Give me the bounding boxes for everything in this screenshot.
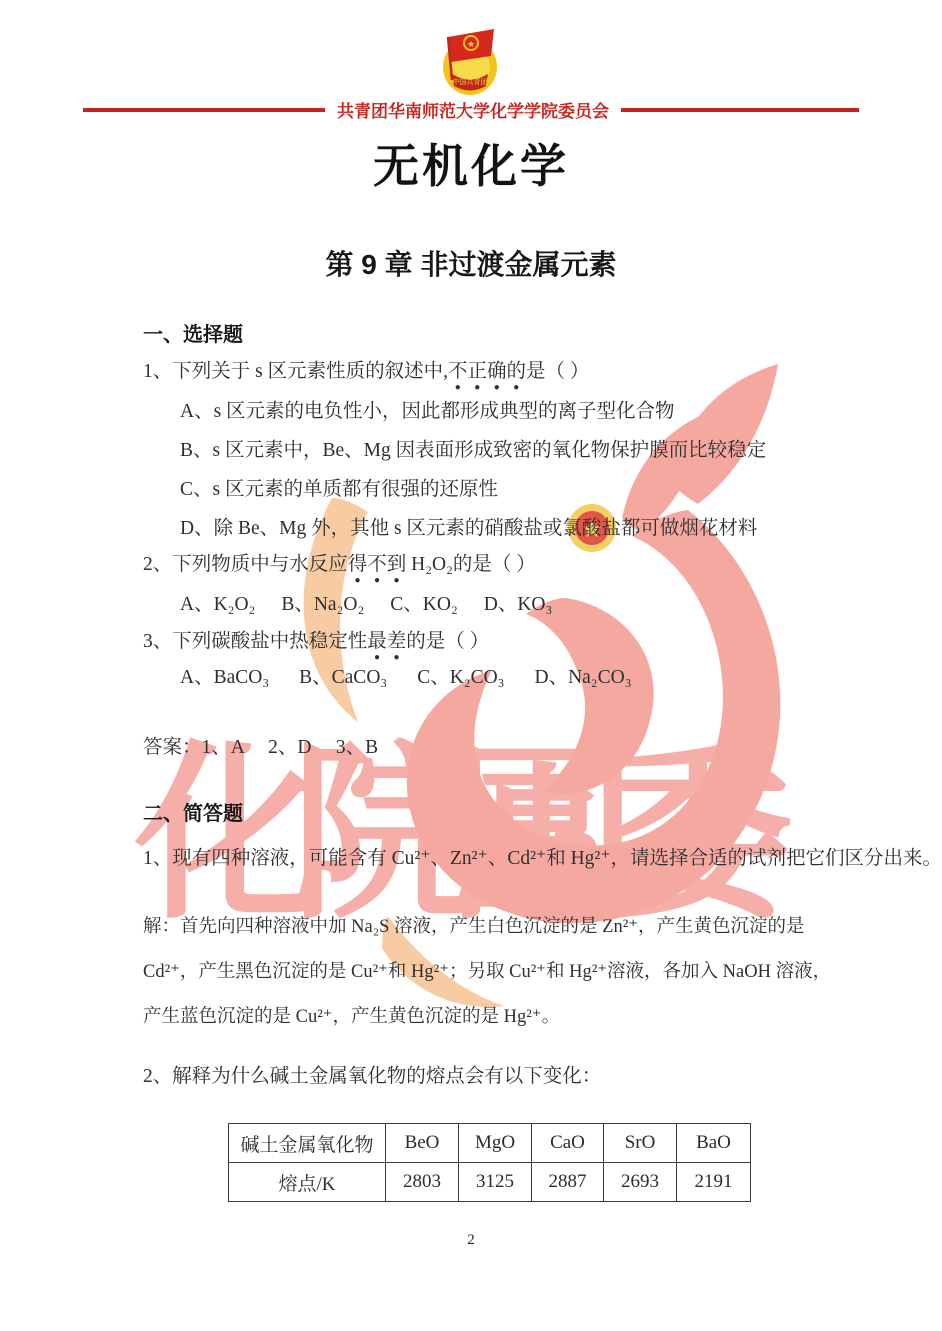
q1-option-b: B、s 区元素中，Be、Mg 因表面形成致密的氧化物保护膜而比较稳定 (180, 434, 766, 462)
q2-option-a: A、K₂O₂ (180, 594, 255, 615)
question-3: 3、下列碳酸盐中热稳定性最差的是（ ） (143, 625, 489, 663)
table-cell: 3125 (459, 1163, 532, 1202)
short-question-1: 1、现有四种溶液，可能含有 Cu²⁺、Zn²⁺、Cd²⁺和 Hg²⁺，请选择合适… (143, 842, 942, 870)
table-cell: CaO (532, 1124, 604, 1163)
table-cell: SrO (604, 1124, 677, 1163)
q3-options-row: A、BaCO₃B、CaCO₃C、K₂CO₃D、Na₂CO₃ (180, 661, 662, 689)
table-cell: 2887 (532, 1163, 604, 1202)
q3-emphasized: 最差 (367, 631, 406, 652)
header-band: 共青团华南师范大学化学学院委员会 (0, 97, 942, 122)
q1-emphasized: 不正确的 (448, 361, 526, 382)
page-number: 2 (0, 1232, 942, 1249)
table-value-row: 熔点/K 2803 3125 2887 2693 2191 (229, 1163, 751, 1202)
q3-option-d: D、Na₂CO₃ (534, 667, 631, 688)
table-cell: MgO (459, 1124, 532, 1163)
q2-option-c: C、KO₂ (390, 594, 457, 615)
section2-heading: 二、简答题 (143, 797, 243, 826)
table-cell: 2693 (604, 1163, 677, 1202)
table-cell: 2803 (386, 1163, 459, 1202)
content-layer: ★ 中国共青团 共青团华南师范大学化学学院委员会 无机化学 第 9 章 非过渡金… (0, 0, 942, 1331)
organization-name: 共青团华南师范大学化学学院委员会 (337, 97, 609, 122)
table-header-row: 碱土金属氧化物 BeO MgO CaO SrO BaO (229, 1124, 751, 1163)
table-cell: BeO (386, 1124, 459, 1163)
q3-option-a: A、BaCO₃ (180, 667, 269, 688)
q2-option-d: D、KO₃ (484, 594, 553, 615)
melting-point-table: 碱土金属氧化物 BeO MgO CaO SrO BaO 熔点/K 2803 31… (228, 1123, 751, 1202)
table-cell: 2191 (677, 1163, 751, 1202)
q1-pre: 1、下列关于 s 区元素性质的叙述中, (143, 361, 448, 382)
document-title: 无机化学 (0, 130, 942, 196)
svg-text:★: ★ (467, 39, 475, 49)
communist-youth-league-emblem-icon: ★ 中国共青团 (436, 22, 504, 102)
q3-pre: 3、下列碳酸盐中热稳定性 (143, 631, 367, 652)
short-question-2: 2、解释为什么碱土金属氧化物的熔点会有以下变化： (143, 1060, 601, 1088)
chapter-heading: 第 9 章 非过渡金属元素 (0, 243, 942, 283)
question-2: 2、下列物质中与水反应得不到 H₂O₂的是（ ） (143, 548, 536, 586)
header-rule-left (83, 108, 325, 112)
q1-option-d: D、除 Be、Mg 外，其他 s 区元素的硝酸盐或氯酸盐都可做烟花材料 (180, 512, 757, 540)
q2-pre: 2、下列物质中与水反应 (143, 554, 348, 575)
answers-line: 答案：1、A 2、D 3、B (143, 731, 378, 759)
table-cell: BaO (677, 1124, 751, 1163)
q1-option-c: C、s 区元素的单质都有很强的还原性 (180, 473, 498, 501)
solution-paragraph: 解：首先向四种溶液中加 Na₂S 溶液，产生白色沉淀的是 Zn²⁺，产生黄色沉淀… (143, 905, 849, 1040)
document-page: ★ 化院團委 ★ 中国共青团 共青团华南师范大学化学学院委员会 无机化学 第 9… (0, 0, 942, 1331)
q3-option-c: C、K₂CO₃ (417, 667, 504, 688)
q1-option-a: A、s 区元素的电负性小，因此都形成典型的离子型化合物 (180, 395, 675, 423)
q2-option-b: B、Na₂O₂ (281, 594, 364, 615)
q2-post: H₂O₂的是（ ） (406, 554, 536, 575)
header-rule-right (621, 108, 859, 112)
question-1: 1、下列关于 s 区元素性质的叙述中,不正确的是（ ） (143, 355, 589, 393)
q1-post: 是（ ） (526, 361, 589, 382)
table-cell: 熔点/K (229, 1163, 386, 1202)
q3-option-b: B、CaCO₃ (299, 667, 387, 688)
ribbon-text: 中国共青团 (453, 77, 488, 86)
q2-emphasized: 得不到 (348, 554, 407, 575)
q3-post: 的是（ ） (406, 631, 489, 652)
section1-heading: 一、选择题 (143, 318, 243, 347)
q2-options-row: A、K₂O₂B、Na₂O₂C、KO₂D、KO₃ (180, 588, 578, 616)
table-cell: 碱土金属氧化物 (229, 1124, 386, 1163)
